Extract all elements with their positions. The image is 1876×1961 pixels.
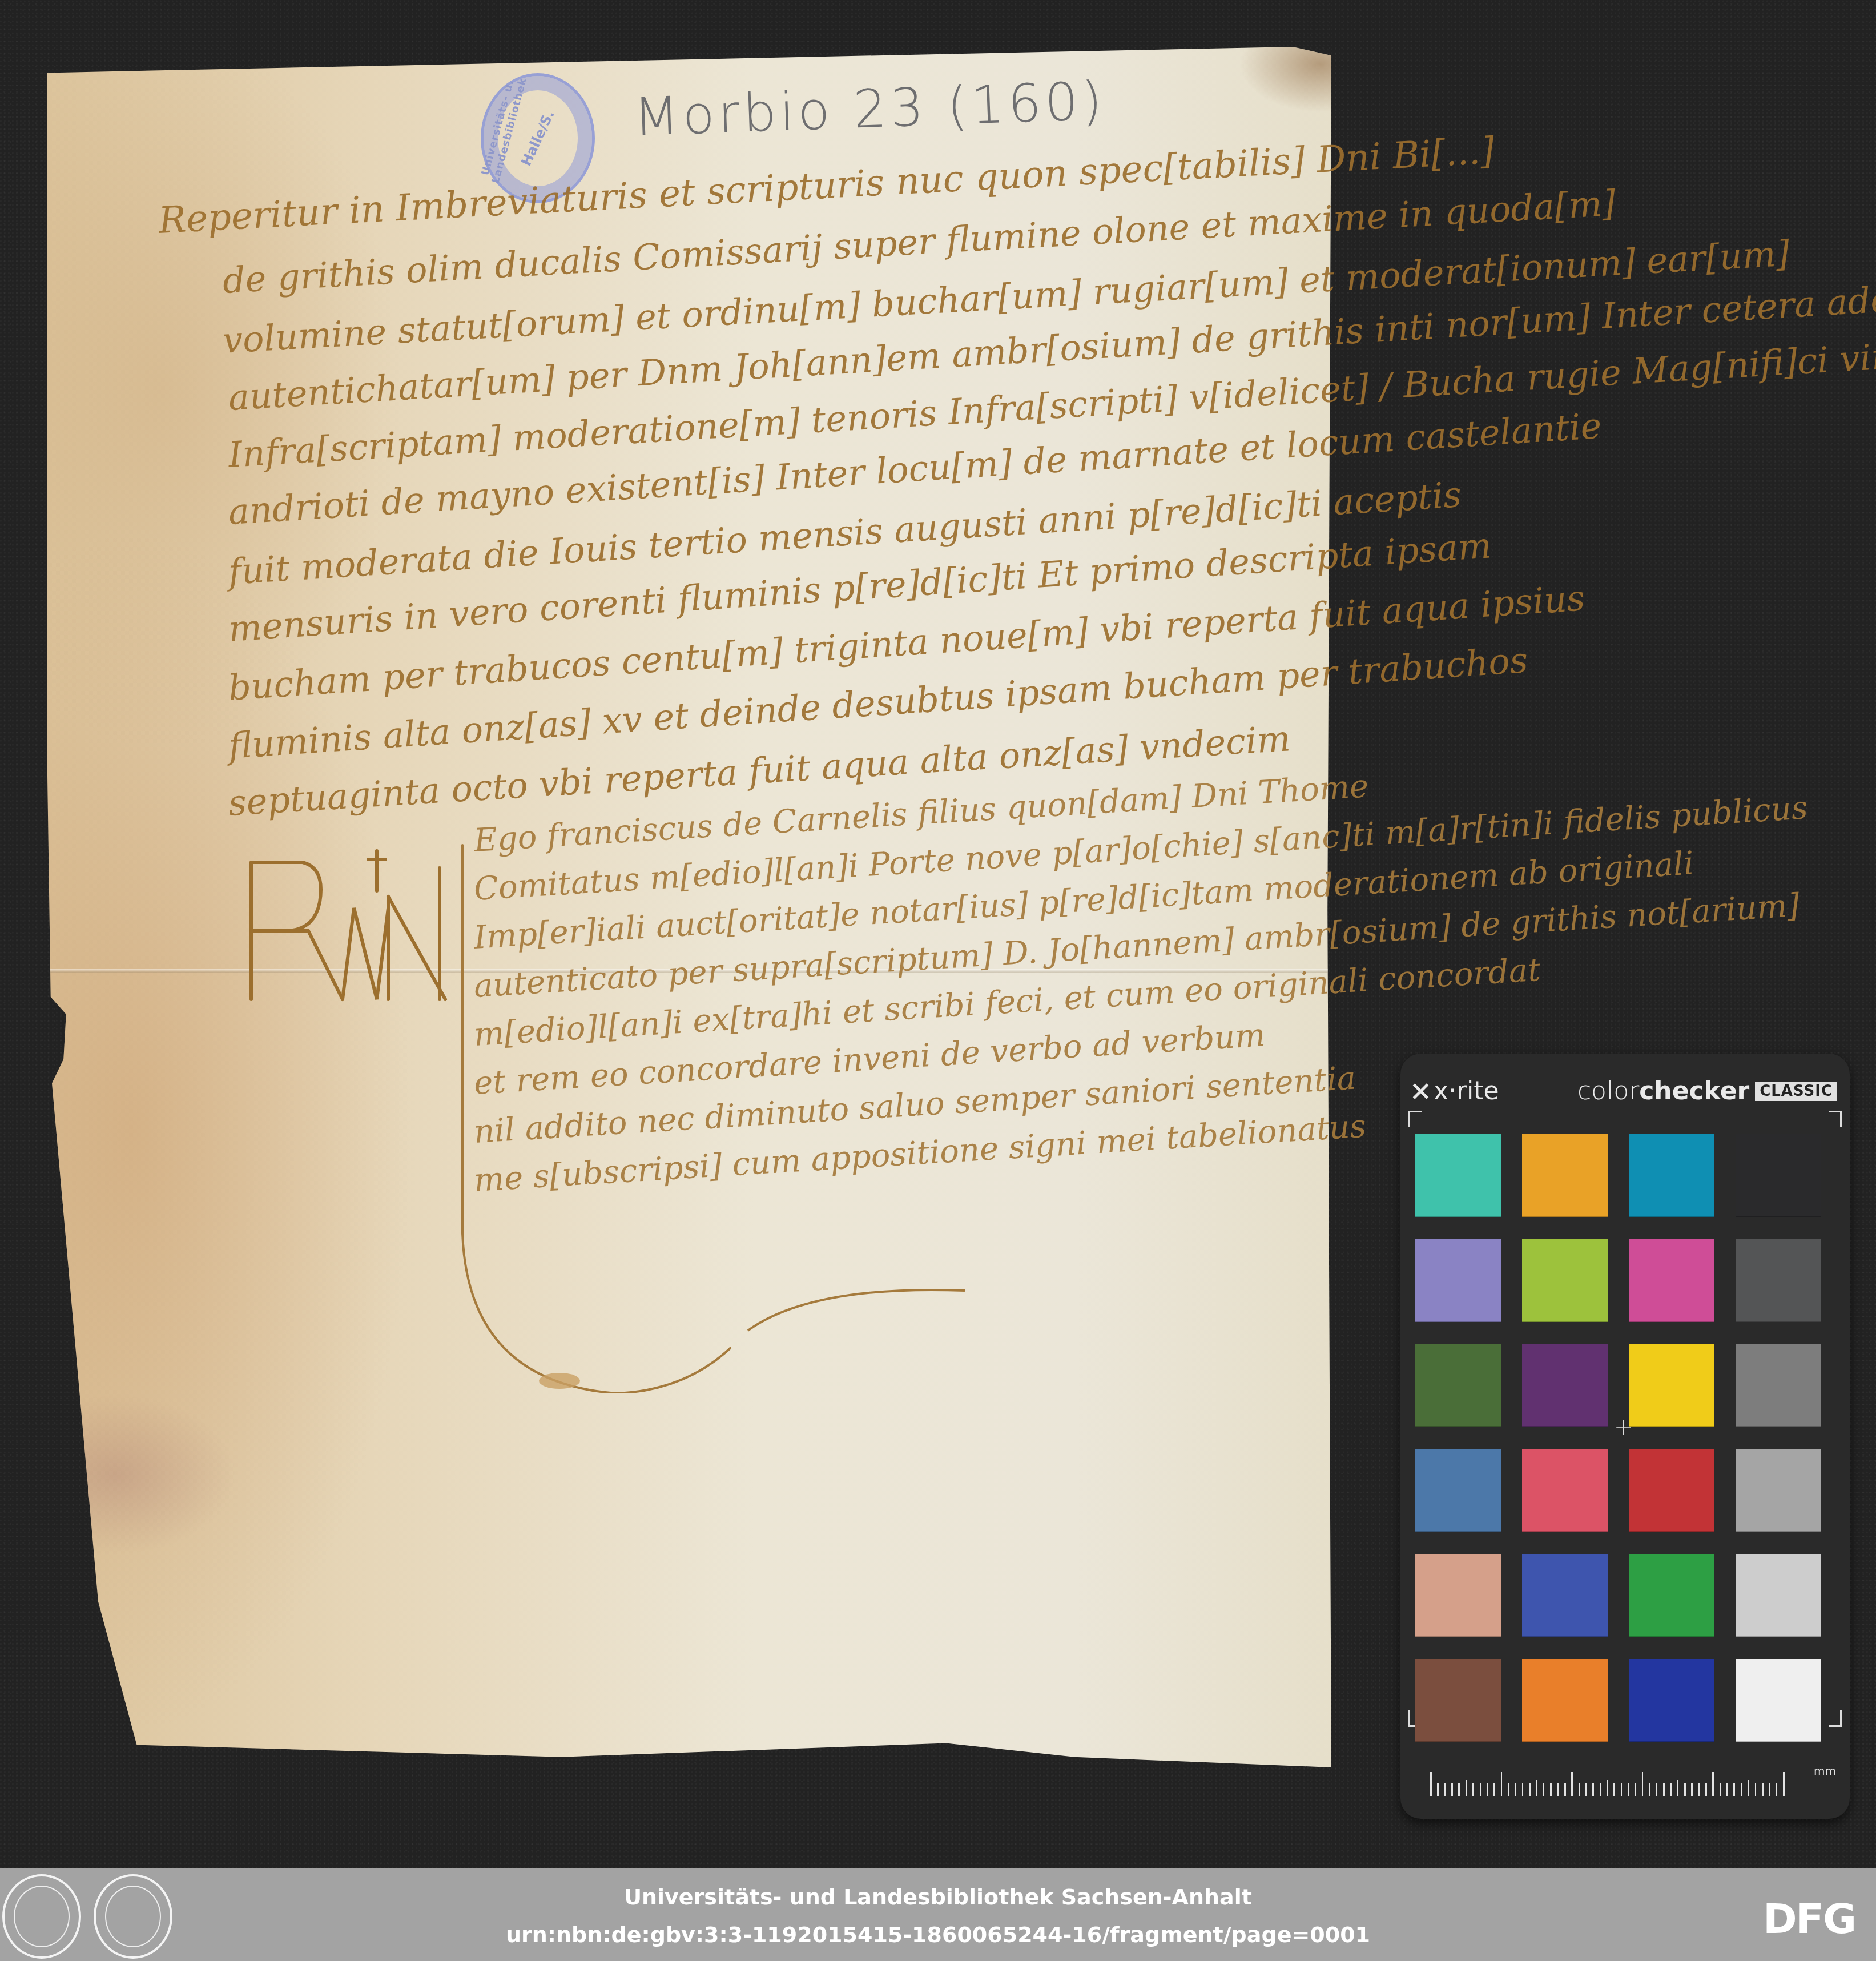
swatch	[1629, 1449, 1714, 1532]
swatch	[1629, 1344, 1714, 1427]
swatch	[1736, 1239, 1821, 1322]
swatch	[1415, 1659, 1501, 1742]
swatch	[1415, 1239, 1501, 1322]
swatch	[1522, 1239, 1608, 1322]
swatch	[1629, 1659, 1714, 1742]
classic-badge: CLASSIC	[1755, 1082, 1837, 1101]
xrite-logo-icon	[1412, 1083, 1429, 1100]
footer-bar: Universitäts- und Landesbibliothek Sachs…	[0, 1868, 1876, 1961]
swatch	[1736, 1344, 1821, 1427]
swatch	[1629, 1239, 1714, 1322]
notary-signum-icon	[240, 845, 457, 1016]
colorchecker-wordmark: colorchecker	[1577, 1076, 1749, 1106]
color-checker-card: x·rite colorchecker CLASSIC +	[1400, 1054, 1850, 1819]
corner-mark-icon	[1408, 1111, 1422, 1127]
swatch	[1736, 1134, 1821, 1217]
corner-mark-icon	[1829, 1111, 1842, 1127]
colorchecker-brand: colorchecker CLASSIC	[1577, 1076, 1837, 1106]
corner-mark-icon	[1829, 1710, 1842, 1727]
swatch	[1629, 1134, 1714, 1217]
swatch	[1736, 1554, 1821, 1637]
notary-flourish-icon	[445, 834, 731, 1393]
mm-ruler	[1430, 1771, 1790, 1796]
institution-name: Universitäts- und Landesbibliothek Sachs…	[0, 1884, 1876, 1910]
swatch	[1522, 1449, 1608, 1532]
swatch	[1629, 1554, 1714, 1637]
swatch	[1522, 1554, 1608, 1637]
crosshair-icon: +	[1614, 1415, 1633, 1441]
urn-identifier[interactable]: urn:nbn:de:gbv:3:3-1192015415-1860065244…	[0, 1922, 1876, 1947]
swatch	[1522, 1134, 1608, 1217]
swatch	[1736, 1659, 1821, 1742]
swatch	[1522, 1344, 1608, 1427]
colorchecker-bold: checker	[1639, 1076, 1749, 1106]
dfg-logo: DFG	[1763, 1895, 1855, 1943]
colorchecker-light: color	[1577, 1076, 1639, 1106]
swatch-grid	[1415, 1134, 1810, 1742]
closing-flourish-icon	[742, 1273, 971, 1342]
swatch	[1415, 1554, 1501, 1637]
checker-header: x·rite colorchecker CLASSIC	[1400, 1076, 1850, 1111]
ruler-unit-label: mm	[1814, 1764, 1836, 1778]
xrite-brand: x·rite	[1412, 1076, 1499, 1106]
swatch	[1415, 1344, 1501, 1427]
swatch	[1522, 1659, 1608, 1742]
xrite-brand-text: x·rite	[1434, 1076, 1499, 1106]
swatch	[1415, 1449, 1501, 1532]
swatch	[1736, 1449, 1821, 1532]
swatch	[1415, 1134, 1501, 1217]
